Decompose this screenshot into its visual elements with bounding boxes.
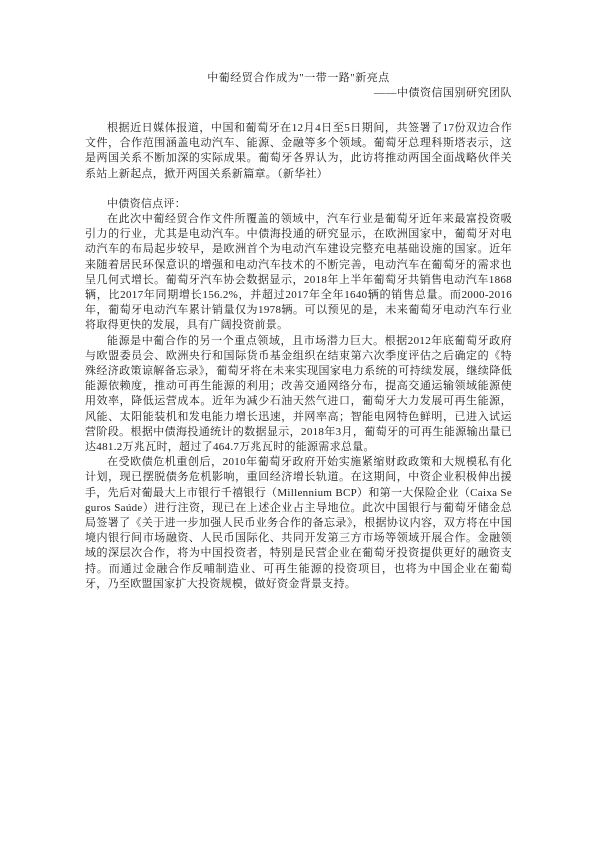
- document-content: 中葡经贸合作成为"一带一路"新亮点 ——中债资信国别研究团队 根据近日媒体报道，…: [85, 71, 512, 592]
- paragraph: 能源是中葡合作的另一个重点领域，且市场潜力巨大。根据2012年底葡萄牙政府与欧盟…: [85, 334, 512, 456]
- paragraph: 在此次中葡经贸合作文件所覆盖的领域中，汽车行业是葡萄牙近年来最富投资吸引力的行业…: [85, 212, 512, 334]
- paragraph: 中债资信点评：: [85, 197, 512, 212]
- document-page: 中葡经贸合作成为"一带一路"新亮点 ——中债资信国别研究团队 根据近日媒体报道，…: [0, 0, 595, 841]
- document-title: 中葡经贸合作成为"一带一路"新亮点: [85, 71, 512, 86]
- document-byline: ——中债资信国别研究团队: [85, 86, 512, 101]
- paragraph: 在受欧债危机重创后，2010年葡萄牙政府开始实施紧缩财政政策和大规模私有化计划，…: [85, 455, 512, 592]
- paragraph: 根据近日媒体报道，中国和葡萄牙在12月4日至5日期间，共签署了17份双边合作文件…: [85, 121, 512, 182]
- document-body: 根据近日媒体报道，中国和葡萄牙在12月4日至5日期间，共签署了17份双边合作文件…: [85, 121, 512, 592]
